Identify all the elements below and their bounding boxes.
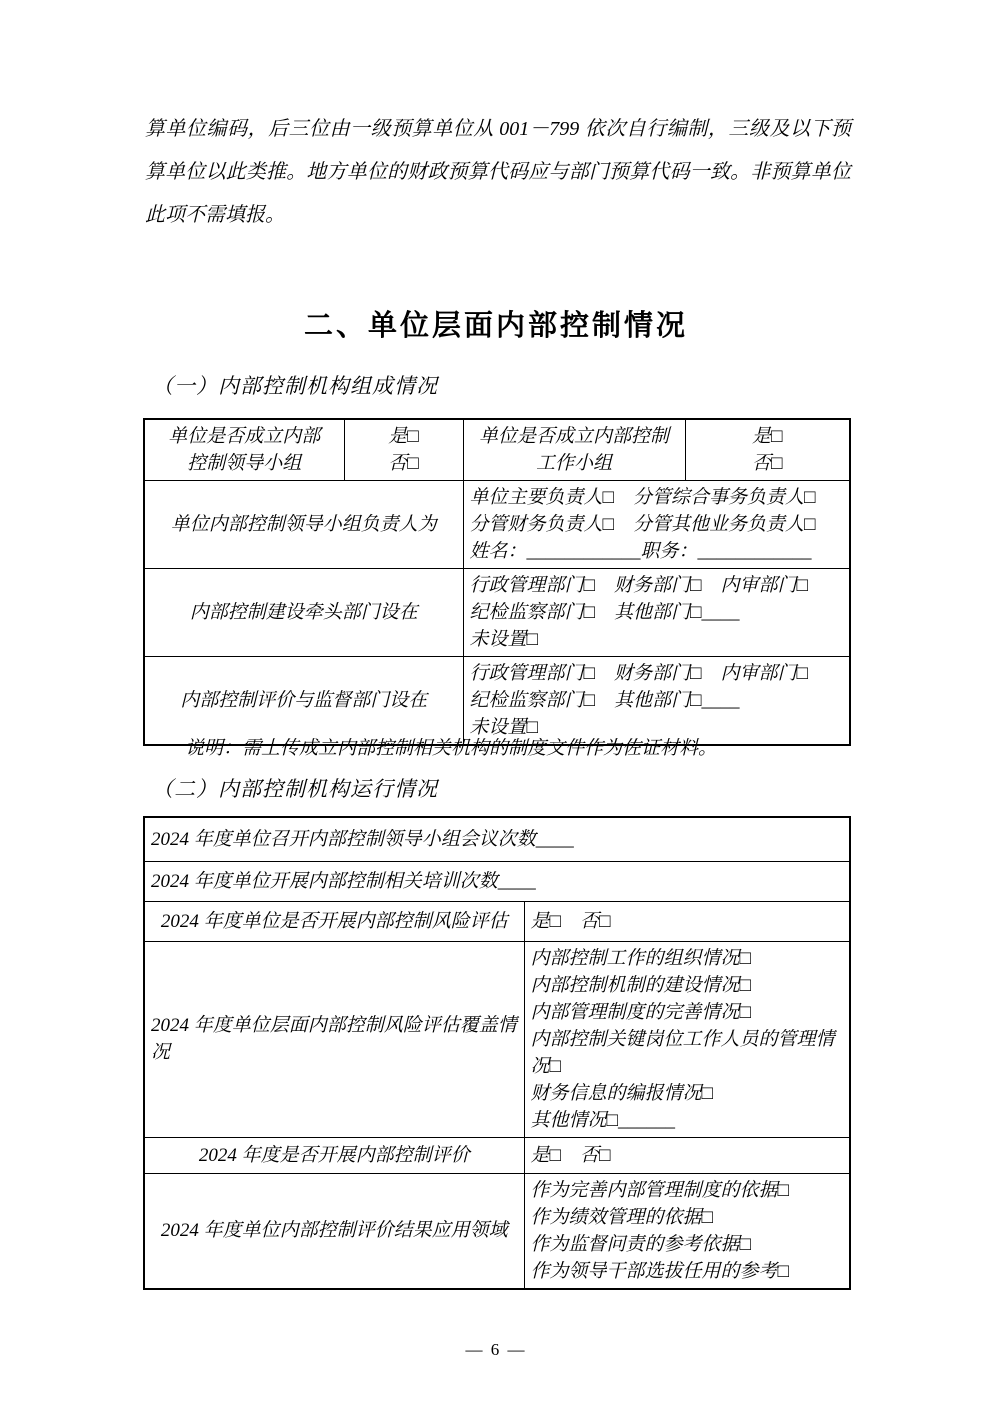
evaluation-result-application-options: 作为完善内部管理制度的依据□ 作为绩效管理的依据□ 作为监督问责的参考依据□ 作… xyxy=(524,1173,850,1289)
risk-assessment-coverage-label: 2024 年度单位层面内部控制风险评估覆盖情况 xyxy=(144,941,524,1137)
intro-paragraph: 算单位编码，后三位由一级预算单位从 001－799 依次自行编制，三级及以下预算… xyxy=(145,108,851,237)
table-row: 2024 年度是否开展内部控制评价 是□ 否□ xyxy=(144,1137,850,1173)
options-leader-of-group: 单位主要负责人□ 分管综合事务负责人□ 分管财务负责人□ 分管其他业务负责人□ … xyxy=(463,481,850,569)
section1-title: （一）内部控制机构组成情况 xyxy=(152,370,438,400)
question-leading-group: 单位是否成立内部 控制领导小组 xyxy=(144,419,344,481)
risk-assessment-answer-checkboxes: 是□ 否□ xyxy=(524,901,850,941)
document-page: 算单位编码，后三位由一级预算单位从 001－799 依次自行编制，三级及以下预算… xyxy=(0,0,992,1403)
risk-assessment-coverage-options: 内部控制工作的组织情况□ 内部控制机制的建设情况□ 内部管理制度的完善情况□ 内… xyxy=(524,941,850,1137)
table-row: 2024 年度单位层面内部控制风险评估覆盖情况 内部控制工作的组织情况□ 内部控… xyxy=(144,941,850,1137)
answer-leading-group-checkboxes: 是□ 否□ xyxy=(344,419,463,481)
evaluation-answer-checkboxes: 是□ 否□ xyxy=(524,1137,850,1173)
section1-note: 说明：需上传成立内部控制相关机构的制度文件作为佐证材料。 xyxy=(185,733,717,760)
evaluation-question: 2024 年度是否开展内部控制评价 xyxy=(144,1137,524,1173)
section2-title: （二）内部控制机构运行情况 xyxy=(152,773,438,803)
table-row: 2024 年度单位是否开展内部控制风险评估 是□ 否□ xyxy=(144,901,850,941)
page-number: — 6 — xyxy=(0,1340,992,1360)
answer-working-group-checkboxes: 是□ 否□ xyxy=(685,419,850,481)
table-row: 2024 年度单位召开内部控制领导小组会议次数____ xyxy=(144,817,850,861)
training-count-question: 2024 年度单位开展内部控制相关培训次数____ xyxy=(144,861,850,901)
table-row: 内部控制建设牵头部门设在 行政管理部门□ 财务部门□ 内审部门□ 纪检监察部门□… xyxy=(144,569,850,657)
evaluation-result-application-label: 2024 年度单位内部控制评价结果应用领域 xyxy=(144,1173,524,1289)
table-row: 2024 年度单位内部控制评价结果应用领域 作为完善内部管理制度的依据□ 作为绩… xyxy=(144,1173,850,1289)
main-heading: 二、单位层面内部控制情况 xyxy=(0,303,992,344)
meeting-count-question: 2024 年度单位召开内部控制领导小组会议次数____ xyxy=(144,817,850,861)
risk-assessment-question: 2024 年度单位是否开展内部控制风险评估 xyxy=(144,901,524,941)
label-evaluation-supervision-department: 内部控制评价与监督部门设在 xyxy=(144,657,463,746)
label-lead-department: 内部控制建设牵头部门设在 xyxy=(144,569,463,657)
table-row: 2024 年度单位开展内部控制相关培训次数____ xyxy=(144,861,850,901)
options-evaluation-supervision-department: 行政管理部门□ 财务部门□ 内审部门□ 纪检监察部门□ 其他部门□____ 未设… xyxy=(463,657,850,746)
label-leader-of-group: 单位内部控制领导小组负责人为 xyxy=(144,481,463,569)
internal-control-org-table: 单位是否成立内部 控制领导小组 是□ 否□ 单位是否成立内部控制 工作小组 是□… xyxy=(143,418,851,746)
options-lead-department: 行政管理部门□ 财务部门□ 内审部门□ 纪检监察部门□ 其他部门□____ 未设… xyxy=(463,569,850,657)
question-working-group: 单位是否成立内部控制 工作小组 xyxy=(463,419,685,481)
table-row: 单位是否成立内部 控制领导小组 是□ 否□ 单位是否成立内部控制 工作小组 是□… xyxy=(144,419,850,481)
internal-control-operation-table: 2024 年度单位召开内部控制领导小组会议次数____ 2024 年度单位开展内… xyxy=(143,816,851,1290)
table-row: 内部控制评价与监督部门设在 行政管理部门□ 财务部门□ 内审部门□ 纪检监察部门… xyxy=(144,657,850,746)
table-row: 单位内部控制领导小组负责人为 单位主要负责人□ 分管综合事务负责人□ 分管财务负… xyxy=(144,481,850,569)
